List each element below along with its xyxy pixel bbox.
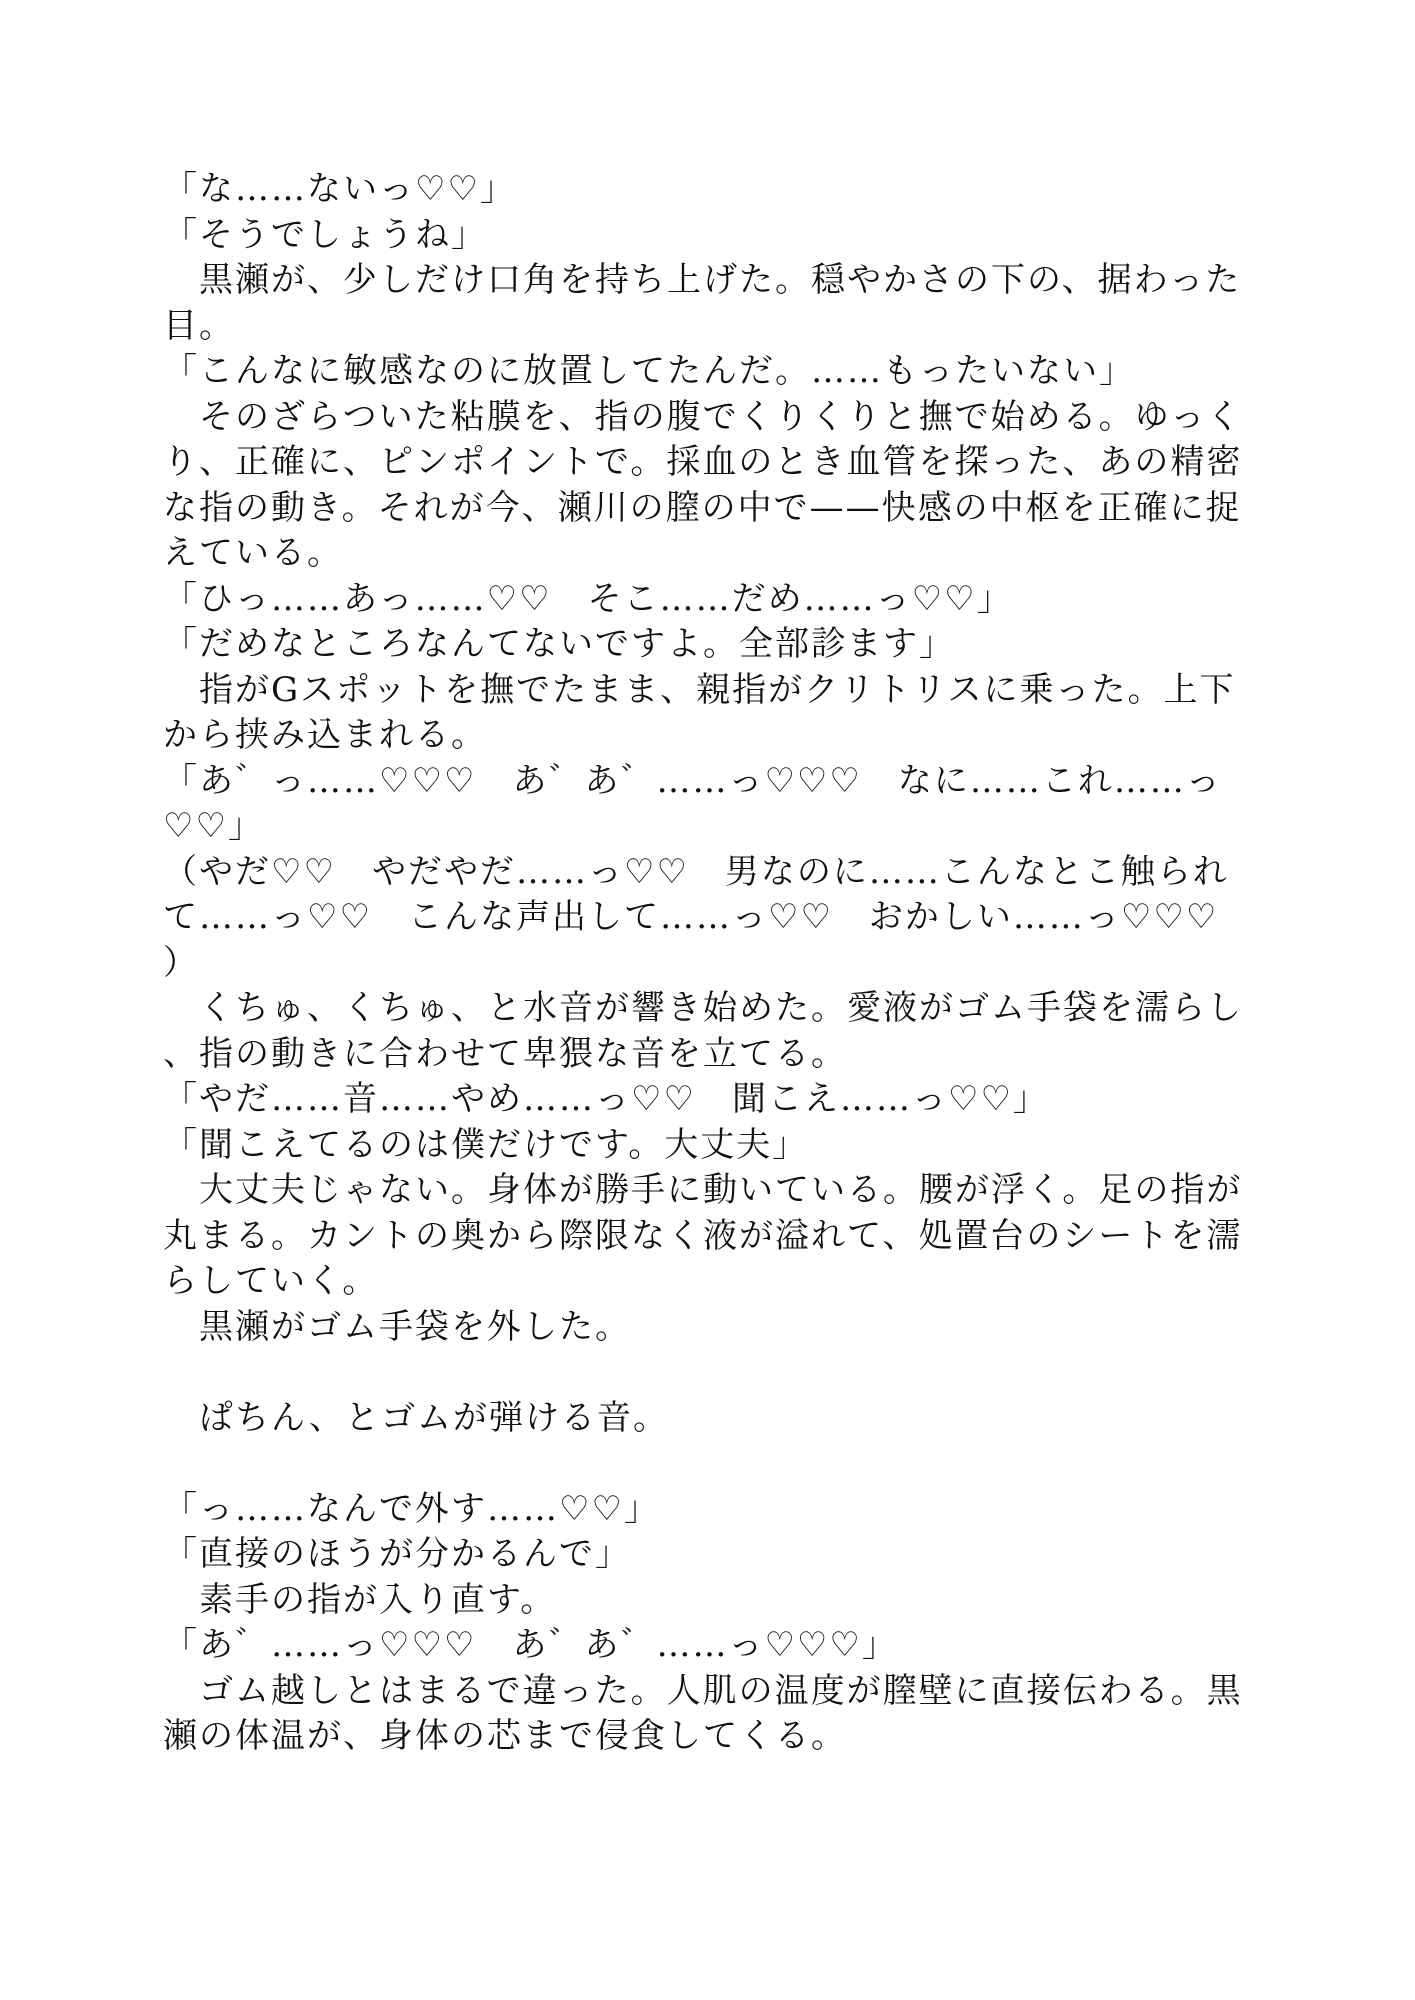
- text-line: 、指の動きに合わせて卑猥な音を立てる。: [163, 1032, 1293, 1078]
- text-line: な指の動き。それが今、瀬川の膣の中で——快感の中枢を正確に捉: [163, 486, 1293, 532]
- text-line: 「っ……なんで外す……♡♡」: [163, 1487, 1293, 1533]
- text-line: り、正確に、ピンポイントで。採血のとき血管を探った、あの精密: [163, 440, 1293, 486]
- text-line: 黒瀬がゴム手袋を外した。: [163, 1305, 1293, 1351]
- document-page: 「な……ないっ♡♡」「そうでしょうね」 黒瀬が、少しだけ口角を持ち上げた。穏やか…: [0, 0, 1415, 2000]
- blank-line: [163, 1350, 1293, 1396]
- text-line: ♡♡」: [163, 804, 1293, 850]
- text-line: えている。: [163, 531, 1293, 577]
- text-line: らしていく。: [163, 1259, 1293, 1305]
- text-line: 指がGスポットを撫でたまま、親指がクリトリスに乗った。上下: [163, 668, 1293, 714]
- text-line: 「ひっ……あっ……♡♡ そこ……だめ……っ♡♡」: [163, 577, 1293, 623]
- blank-line: [163, 1441, 1293, 1487]
- text-line: （やだ♡♡ やだやだ……っ♡♡ 男なのに……こんなとこ触られ: [163, 850, 1293, 896]
- text-line: ゴム越しとはまるで違った。人肌の温度が膣壁に直接伝わる。黒: [163, 1669, 1293, 1715]
- text-line: 素手の指が入り直す。: [163, 1578, 1293, 1624]
- text-line: 黒瀬が、少しだけ口角を持ち上げた。穏やかさの下の、据わった: [163, 258, 1293, 304]
- text-line: 「そうでしょうね」: [163, 213, 1293, 259]
- text-line: 「直接のほうが分かるんで」: [163, 1532, 1293, 1578]
- text-line: ）: [163, 941, 1293, 987]
- text-line: そのざらついた粘膜を、指の腹でくりくりと撫で始める。ゆっく: [163, 395, 1293, 441]
- text-line: 「こんなに敏感なのに放置してたんだ。……もったいない」: [163, 349, 1293, 395]
- text-line: 「やだ……音……やめ……っ♡♡ 聞こえ……っ♡♡」: [163, 1077, 1293, 1123]
- text-line: 瀬の体温が、身体の芯まで侵食してくる。: [163, 1714, 1293, 1760]
- text-line: 「あ゛……っ♡♡♡ あ゛あ゛……っ♡♡♡」: [163, 1623, 1293, 1669]
- text-line: くちゅ、くちゅ、と水音が響き始めた。愛液がゴム手袋を濡らし: [163, 986, 1293, 1032]
- text-line: 「あ゛っ……♡♡♡ あ゛あ゛……っ♡♡♡ なに……これ……っ: [163, 759, 1293, 805]
- text-line: から挟み込まれる。: [163, 713, 1293, 759]
- text-line: て……っ♡♡ こんな声出して……っ♡♡ おかしい……っ♡♡♡: [163, 895, 1293, 941]
- text-line: 目。: [163, 304, 1293, 350]
- text-line: 丸まる。カントの奥から際限なく液が溢れて、処置台のシートを濡: [163, 1214, 1293, 1260]
- text-line: 「な……ないっ♡♡」: [163, 167, 1293, 213]
- text-line: 「聞こえてるのは僕だけです。大丈夫」: [163, 1123, 1293, 1169]
- text-line: 「だめなところなんてないですよ。全部診ます」: [163, 622, 1293, 668]
- text-line: ぱちん、とゴムが弾ける音。: [163, 1396, 1293, 1442]
- text-block: 「な……ないっ♡♡」「そうでしょうね」 黒瀬が、少しだけ口角を持ち上げた。穏やか…: [163, 167, 1293, 1760]
- text-line: 大丈夫じゃない。身体が勝手に動いている。腰が浮く。足の指が: [163, 1168, 1293, 1214]
